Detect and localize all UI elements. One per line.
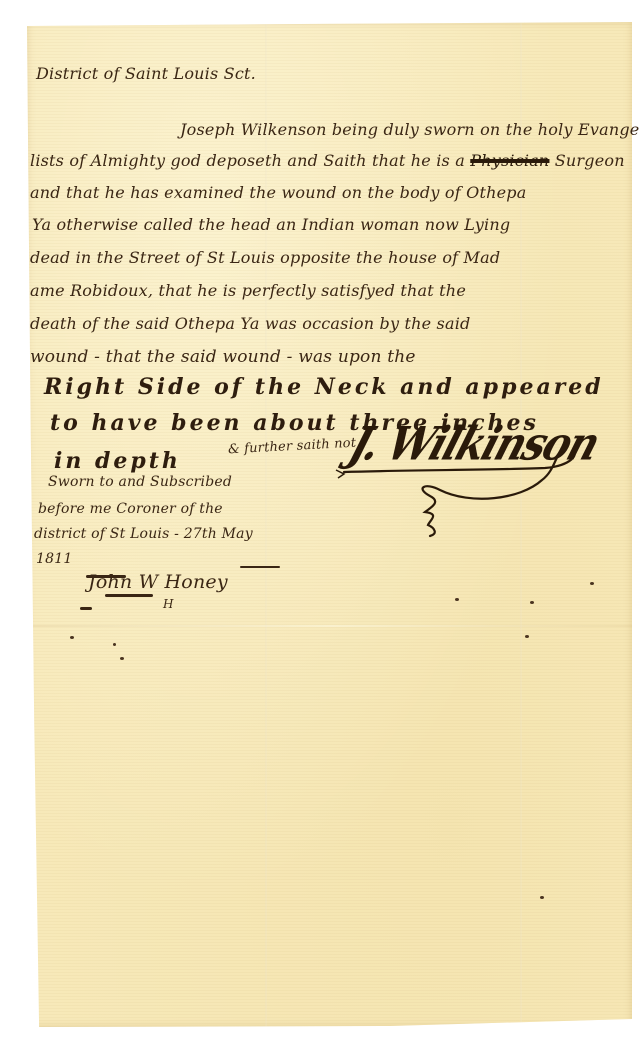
jurat-line-3: district of St Louis - 27th May (34, 527, 253, 541)
body-line-11: in depth (54, 448, 181, 474)
body-line-8: wound - that the said wound - was upon t… (30, 349, 416, 366)
ink-speck (540, 896, 544, 899)
jurat-line-2: before me Coroner of the (38, 502, 223, 516)
ink-speck (455, 598, 459, 601)
body-line-1: Joseph Wilkenson being duly sworn on the… (180, 122, 639, 138)
jurat-line-4: 1811 (36, 552, 72, 566)
body-line-5: dead in the Street of St Louis opposite … (30, 250, 500, 266)
fold-crease-horizontal (27, 625, 632, 627)
document-heading: District of Saint Louis Sct. (36, 66, 256, 82)
ink-mark (80, 607, 92, 610)
ink-speck (70, 636, 74, 639)
body-line-2: lists of Almighty god deposeth and Saith… (30, 151, 465, 170)
ink-speck (120, 657, 124, 660)
surgeon-word: Surgeon (555, 151, 625, 170)
coroner-signature: John W Honey (88, 573, 228, 592)
body-line-2-group: lists of Almighty god deposeth and Saith… (30, 153, 625, 169)
body-line-3: and that he has examined the wound on th… (30, 185, 526, 201)
body-line-11-group: in depth (54, 450, 181, 472)
body-line-9: Right Side of the Neck and appeared (44, 376, 604, 398)
jurat-line-1: Sworn to and Subscribed (48, 475, 232, 489)
scan-canvas: District of Saint Louis Sct. Joseph Wilk… (0, 0, 640, 1056)
struck-word: Physician (470, 151, 549, 170)
ink-speck (590, 582, 594, 585)
ink-speck (525, 635, 529, 638)
coroner-initial: H (163, 598, 174, 610)
ink-speck (113, 643, 116, 646)
coroner-underline (105, 594, 153, 597)
body-line-7: death of the said Othepa Ya was occasion… (30, 316, 470, 332)
fold-crease-vertical-left (265, 22, 267, 1027)
signature-flourish (330, 450, 590, 540)
body-line-6: ame Robidoux, that he is perfectly satis… (30, 283, 466, 299)
body-line-4: Ya otherwise called the head an Indian w… (32, 217, 510, 233)
ink-speck (530, 601, 534, 604)
coroner-dash (240, 566, 280, 568)
